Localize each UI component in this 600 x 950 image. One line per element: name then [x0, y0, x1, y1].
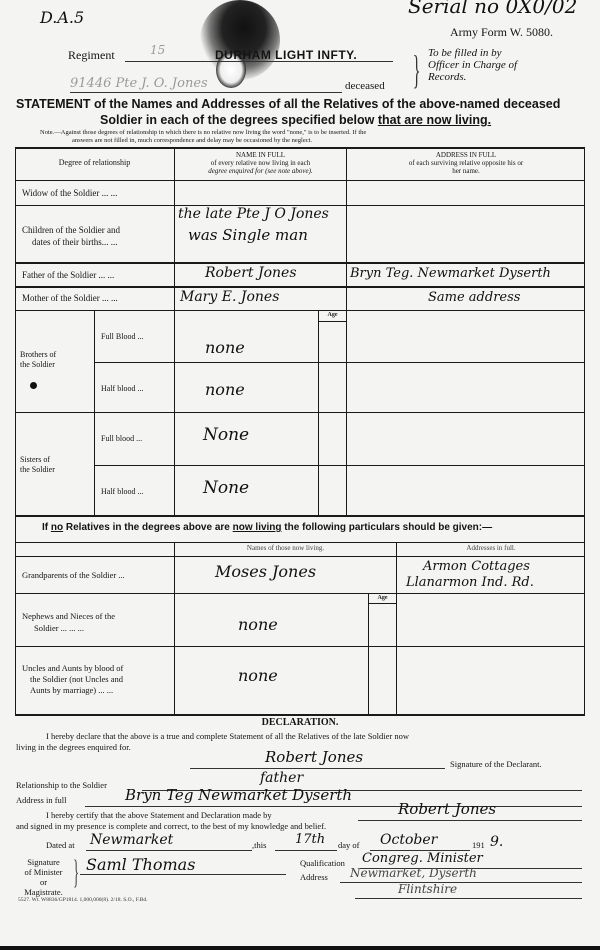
statement-title-line1: STATEMENT of the Names and Addresses of … [16, 97, 591, 111]
dated-place: Newmarket [90, 832, 173, 848]
month-value: October [380, 832, 437, 848]
regiment-label: Regiment [68, 48, 115, 63]
qualification-value: Congreg. Minister [362, 851, 483, 866]
nephews-name: none [238, 615, 278, 634]
relationship-value: father [260, 770, 303, 786]
relationship-label: Relationship to the Soldier [16, 780, 107, 790]
sisters-half-name: None [203, 478, 249, 498]
address2-line [340, 882, 582, 883]
label-line: Nephews and Nieces of the [22, 610, 170, 622]
brothers-full-name: none [205, 338, 245, 357]
label-line: or [16, 877, 71, 887]
heading-emphasis: no [51, 522, 63, 533]
statement-title-line2: Soldier in each of the degrees specified… [100, 113, 491, 127]
note-line1: Note.—Against those degrees of relations… [40, 129, 366, 136]
page-edge [0, 946, 600, 950]
declarant-signature: Robert Jones [265, 748, 363, 766]
row-label-uncles: Uncles and Aunts by blood of the Soldier… [22, 663, 172, 696]
heading-emphasis: now living [233, 522, 282, 533]
address-label: Address in full [16, 795, 67, 805]
column-header-names-living: Names of those now living. [175, 544, 396, 552]
header-line: NAME IN FULL [175, 151, 346, 159]
soldier-name: 91446 Pte J. O. Jones [70, 76, 208, 91]
header-line: her name. [347, 167, 585, 175]
label-line: Signature [16, 857, 71, 867]
regiment-value: DURHAM LIGHT INFTY. [215, 48, 357, 62]
year-printed: 191 [472, 840, 485, 850]
row-label-children: Children of the Soldier and dates of the… [22, 224, 170, 248]
header-line: ADDRESS IN FULL [347, 151, 585, 159]
grandparents-address-line2: Llanarmon Ind. Rd. [406, 575, 534, 590]
label-line: the Soldier (not Uncles and [22, 674, 172, 685]
file-reference: D.A.5 [40, 8, 84, 27]
certify-text-line2: and signed in my presence is complete an… [16, 821, 326, 831]
group-label-sisters: Sisters of the Soldier [20, 455, 55, 475]
certify-text-line1: I hereby certify that the above Statemen… [46, 810, 272, 820]
header-line: degree enquired for (see note above). [175, 167, 346, 175]
label-line: of Minister [16, 867, 71, 877]
year-handwritten: 9. [490, 834, 503, 850]
bracket: } [413, 48, 421, 92]
row-label-widow: Widow of the Soldier ... ... [22, 187, 117, 199]
declaration-text-line2: living in the degrees enquired for. [16, 742, 131, 752]
secondary-heading: If no Relatives in the degrees above are… [42, 522, 492, 533]
officer-note-line: Records. [428, 71, 517, 83]
address2-value-line2: Flintshire [398, 882, 457, 896]
mother-address: Same address [428, 290, 520, 305]
group-line: Sisters of [20, 455, 55, 465]
header-line: of every relative now living in each [175, 159, 346, 167]
row-label-mother: Mother of the Soldier ... ... [22, 292, 118, 304]
ink-dot [30, 382, 37, 389]
address2-value-line1: Newmarket, Dyserth [350, 866, 477, 880]
sisters-full-label: Full blood ... [101, 433, 142, 445]
certify-name-line [358, 820, 582, 821]
minister-signature-line [80, 874, 286, 875]
group-line: the Soldier [20, 465, 55, 475]
father-name: Robert Jones [205, 265, 297, 281]
uncles-name: none [238, 666, 278, 685]
group-line: the Soldier [20, 360, 56, 370]
label-line: Soldier ... ... ... [22, 622, 170, 634]
father-address: Bryn Teg. Newmarket Dyserth [350, 266, 551, 281]
brothers-half-name: none [205, 380, 245, 399]
certify-name: Robert Jones [398, 800, 496, 818]
printer-line: 5527. Wt. W8836/GP1814. 1,000,000(8). 2/… [18, 897, 148, 903]
declaration-text-line1: I hereby declare that the above is a tru… [46, 731, 409, 741]
label-line: dates of their births... ... [22, 236, 170, 248]
signature-line [190, 768, 445, 769]
label-line: Aunts by marriage) ... ... [22, 685, 172, 696]
grandparents-name: Moses Jones [215, 562, 316, 581]
signature-label: Signature of the Declarant. [450, 759, 542, 769]
column-header-address: ADDRESS IN FULL of each surviving relati… [347, 151, 585, 175]
officer-note-line: To be filled in by [428, 47, 517, 59]
column-header-addresses: Addresses in full. [397, 544, 585, 552]
minister-label: Signature of Minister or Magistrate. [16, 857, 71, 897]
row-label-nephews: Nephews and Nieces of the Soldier ... ..… [22, 610, 170, 634]
title-emphasis: that are now living. [378, 113, 491, 127]
address-value: Bryn Teg Newmarket Dyserth [125, 786, 352, 804]
day-of-label: day of [338, 840, 359, 850]
sisters-full-name: None [203, 425, 249, 445]
header-line: of each surviving relative opposite his … [347, 159, 585, 167]
declaration-title: DECLARATION. [0, 717, 600, 728]
soldier-underline [70, 92, 342, 93]
row-label-grandparents: Grandparents of the Soldier ... [22, 569, 125, 581]
minister-signature: Saml Thomas [86, 855, 195, 874]
address-line [85, 806, 582, 807]
age-header: Age [319, 312, 346, 318]
heading-part: If [42, 522, 51, 533]
brothers-full-label: Full Blood ... [101, 331, 143, 343]
label-line: Magistrate. [16, 887, 71, 897]
label-line: Uncles and Aunts by blood of [22, 663, 172, 674]
title-part: Soldier in each of the degrees specified… [100, 113, 378, 127]
mother-name: Mary E. Jones [180, 289, 279, 305]
qualification-label: Qualification [300, 858, 345, 868]
children-name-line1: the late Pte J O Jones [178, 206, 329, 222]
brothers-half-label: Half blood ... [101, 383, 143, 395]
deceased-label: deceased [345, 80, 385, 92]
bracket: } [73, 856, 79, 890]
form-number: Army Form W. 5080. [450, 25, 553, 40]
children-name-line2: was Single man [188, 226, 308, 244]
day-value: 17th [295, 832, 325, 847]
row-label-father: Father of the Soldier ... ... [22, 269, 114, 281]
dated-label: Dated at [46, 840, 75, 850]
day-line [275, 850, 337, 851]
address2-label: Address [300, 872, 328, 882]
dated-place-line [86, 850, 252, 851]
heading-part: the following particulars should be give… [282, 522, 493, 533]
regiment-number: 15 [150, 43, 165, 57]
age-header-secondary: Age [369, 595, 396, 601]
address2-line2 [355, 898, 582, 899]
sisters-half-label: Half blood ... [101, 486, 143, 498]
label-line: Children of the Soldier and [22, 224, 170, 236]
column-header-degree: Degree of relationship [15, 157, 174, 169]
this-label: ,this [252, 840, 266, 850]
note-line2: answers are not filled in, much correspo… [72, 137, 312, 144]
grandparents-address-line1: Armon Cottages [423, 559, 530, 574]
officer-note-line: Officer in Charge of [428, 59, 517, 71]
column-header-name: NAME IN FULL of every relative now livin… [175, 151, 346, 175]
group-line: Brothers of [20, 350, 56, 360]
group-label-brothers: Brothers of the Soldier [20, 350, 56, 370]
heading-part: Relatives in the degrees above are [63, 522, 233, 533]
officer-note: To be filled in by Officer in Charge of … [428, 47, 517, 83]
serial-number: Serial no 0X0/02 [408, 0, 577, 18]
